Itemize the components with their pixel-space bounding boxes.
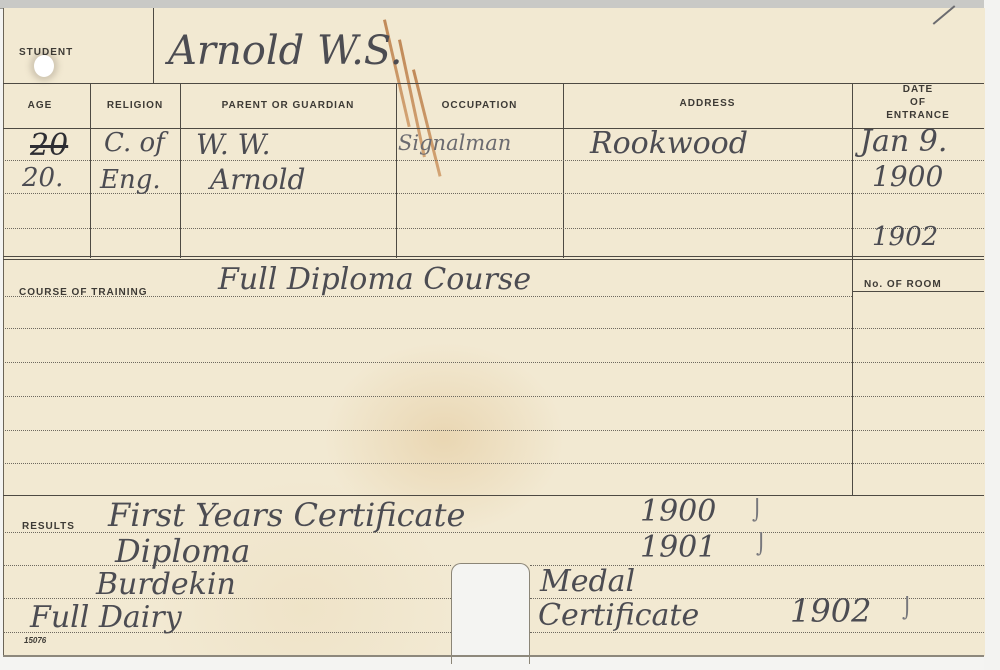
date-label-line: OF [852, 96, 984, 109]
student-label: STUDENT [19, 47, 73, 58]
divider [852, 83, 853, 495]
student-name-value: Arnold W.S. [168, 28, 403, 74]
dotted-rule [3, 396, 984, 397]
result-4-year: 1902 [790, 592, 871, 630]
religion-label: RELIGION [90, 100, 180, 111]
divider [3, 256, 984, 257]
result-1-text: First Years Certificate [108, 496, 465, 534]
date-of-entrance-label: DATE OF ENTRANCE [852, 83, 984, 122]
date-of-entrance-line3: 1902 [872, 222, 938, 252]
card-serial-number: 15076 [24, 636, 46, 645]
dotted-rule [3, 430, 984, 431]
scan-margin [984, 0, 1000, 670]
result-3-extra: Medal [540, 564, 635, 599]
dotted-rule [3, 362, 984, 363]
divider [153, 8, 154, 83]
dotted-rule [3, 296, 852, 297]
religion-value-line1: C. of [104, 128, 165, 158]
date-label-line: DATE [852, 83, 984, 96]
occupation-value: Signalman [398, 131, 511, 155]
bracket-mark: ⌡ [902, 596, 912, 620]
divider [3, 259, 984, 260]
religion-value-line2: Eng. [100, 165, 161, 195]
results-label: RESULTS [22, 521, 75, 532]
result-1-year: 1900 [640, 494, 716, 529]
course-of-training-value: Full Diploma Course [218, 262, 531, 297]
parent-guardian-label: PARENT OR GUARDIAN [180, 100, 396, 111]
address-label: ADDRESS [563, 98, 852, 109]
no-of-room-label: No. OF ROOM [864, 279, 942, 290]
occupation-label: OCCUPATION [396, 100, 563, 111]
punch-hole [34, 55, 54, 77]
age-struck-value: 20 [30, 128, 68, 163]
result-2-text: Diploma [115, 532, 250, 570]
divider [563, 83, 564, 258]
dotted-rule [3, 160, 984, 161]
address-value: Rookwood [590, 126, 748, 161]
parent-value-line1: W. W. [196, 128, 270, 161]
card-bottom-edge [3, 655, 984, 657]
age-label: AGE [10, 100, 70, 111]
card-index-notch [451, 563, 530, 664]
bracket-mark: ⌡ [752, 498, 762, 522]
age-value: 20. [22, 163, 63, 193]
dotted-rule [3, 228, 984, 229]
result-4-extra: Certificate [538, 598, 699, 633]
result-4-text: Full Dairy [30, 600, 182, 635]
divider [3, 83, 984, 84]
date-of-entrance-line2: 1900 [872, 160, 943, 193]
date-label-line: ENTRANCE [852, 109, 984, 122]
divider [852, 291, 984, 292]
parent-value-line2: Arnold [210, 163, 305, 196]
dotted-rule [3, 328, 984, 329]
dotted-rule [3, 463, 984, 464]
result-2-year: 1901 [640, 530, 716, 565]
bracket-mark: ⌡ [756, 532, 766, 556]
date-of-entrance-line1: Jan 9. [860, 124, 947, 159]
result-3-text: Burdekin [96, 567, 236, 602]
